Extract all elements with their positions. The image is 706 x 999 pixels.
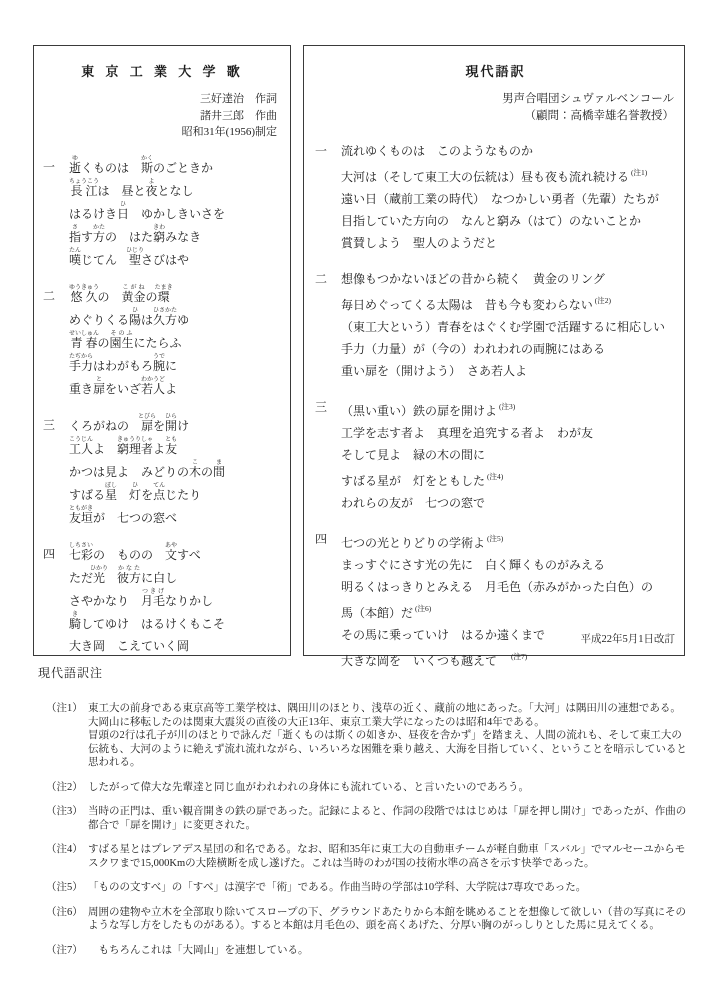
translation-line: （黒い重い）鉄の扉を開けよ(注3)	[341, 396, 676, 422]
note-label: （注3）	[46, 805, 88, 832]
song-line: 七彩しちさいの ものの 文あやすべ	[69, 543, 282, 566]
ruby-reading: かく	[141, 156, 153, 162]
translation-credits: 男声合唱団シュヴァルベンコール（顧問：高橋幸雄名誉教授）	[315, 91, 676, 125]
translation-line: 毎日めぐってくる太陽は 昔も今も変わらない(注2)	[341, 290, 676, 316]
ruby-word: 友とも	[165, 442, 177, 456]
note-label: （注4）	[46, 843, 88, 870]
ruby-word: 陽ひ	[129, 313, 141, 327]
notes-list: （注1）東工大の前身である東京高等工業学校は、隅田川のほとり、浅草の近く、蔵前の…	[38, 702, 688, 957]
song-line: めぐりくる陽ひは久方ひさかたゆ	[69, 308, 282, 331]
ruby-reading: ひら	[165, 414, 177, 420]
ruby-word: 嘆たん	[69, 253, 81, 267]
translation-verses: 一流れゆくものは このようなものか大河は（そして東工大の伝統は）昼も夜も流れ続け…	[315, 140, 676, 672]
ruby-reading: き	[69, 612, 81, 618]
song-verse: 四七彩しちさいの ものの 文あやすべただ光ひかり 彼方かなたに白しさやかなり 月…	[43, 543, 282, 657]
ruby-reading: わかうど	[141, 377, 165, 383]
credit-line: （顧問：高橋幸雄名誉教授）	[315, 108, 674, 125]
ruby-reading: ゆ	[69, 156, 81, 162]
note-item: （注2）したがって偉大な先輩達と同じ血がわれわれの身体にも流れている、と言いたい…	[46, 781, 688, 795]
note-ref: (注7)	[511, 652, 527, 661]
ruby-word: 腕うで	[153, 359, 165, 373]
note-label: （注1）	[46, 702, 88, 770]
ruby-word: 環たまき	[158, 290, 173, 304]
song-credits: 三好達治 作詞諸井三郎 作曲昭和31年(1956)制定	[43, 91, 282, 141]
ruby-word: 七彩しちさい	[69, 548, 93, 562]
song-verse-lines: 逝ゆくものは 斯かくのごときか長江ちょうこうは 昼と夜よとなしはるけき日ひ ゆか…	[69, 156, 282, 271]
translation-panel: 現代語訳 男声合唱団シュヴァルベンコール（顧問：高橋幸雄名誉教授） 一流れゆくも…	[303, 45, 685, 656]
translation-verse-lines: 想像もつかないほどの昔から続く 黄金のリング毎日めぐってくる太陽は 昔も今も変わ…	[341, 268, 676, 382]
translation-line: まっすぐにさす光の先に 白く輝くものがみえる	[341, 554, 676, 576]
song-line: かつは見よ みどりの木この間ま	[69, 460, 282, 483]
ruby-word: 日ひ	[117, 207, 129, 221]
translation-line: 目指していた方向の なんと窮み（はて）のないことか	[341, 210, 676, 232]
ruby-word: 星ぼし	[105, 488, 117, 502]
ruby-word: 方かた	[93, 230, 105, 244]
note-paragraph: 「ものの文すべ」の「すべ」は漢字で「術」である。作曲当時の学部は10学科、大学院…	[88, 881, 688, 895]
translation-line: われらの友が 七つの窓で	[341, 492, 676, 514]
translation-line: 流れゆくものは このようなものか	[341, 140, 676, 162]
note-text: 当時の正門は、重い観音開きの鉄の扉であった。記録によると、作詞の段階でははじめは…	[88, 805, 688, 832]
translation-line: 工学を志す者よ 真理を追究する者よ わが友	[341, 422, 676, 444]
note-paragraph: したがって偉大な先輩達と同じ血がわれわれの身体にも流れている、と言いたいのであろ…	[88, 781, 688, 795]
ruby-reading: てん	[153, 483, 165, 489]
credit-line: 三好達治 作詞	[43, 91, 277, 108]
song-line: 騎きしてゆけ はるけくもこそ	[69, 612, 282, 635]
translation-line: 重い扉を（開けよう） さあ若人よ	[341, 360, 676, 382]
notes-section: 現代語訳注 （注1）東工大の前身である東京高等工業学校は、隅田川のほとり、浅草の…	[38, 664, 688, 968]
note-item: （注7） もちろんこれは「大岡山」を連想している。	[46, 944, 688, 958]
note-text: すばる星とはプレアデス星団の和名である。なお、昭和35年に東工大の自動車チームが…	[88, 843, 688, 870]
verse-number: 二	[315, 268, 341, 382]
song-verse: 一逝ゆくものは 斯かくのごときか長江ちょうこうは 昼と夜よとなしはるけき日ひ ゆ…	[43, 156, 282, 271]
ruby-reading: よ	[146, 179, 158, 185]
note-text: 東工大の前身である東京高等工業学校は、隅田川のほとり、浅草の近く、蔵前の地にあっ…	[88, 702, 688, 770]
note-item: （注6）周囲の建物や立木を全部取り除いてスロープの下、グラウンドあたりから本館を…	[46, 906, 688, 933]
song-line: くろがねの 扉とびらを開ひらけ	[69, 414, 282, 437]
verse-number: 四	[315, 528, 341, 672]
translation-verse: 四七つの光とりどりの学術よ(注5)まっすぐにさす光の先に 白く輝くものがみえる明…	[315, 528, 676, 672]
ruby-word: 若人わかうど	[141, 382, 165, 396]
song-line: 指さす方かたの はた窮きわみなき	[69, 225, 282, 248]
ruby-word: 間ま	[213, 465, 225, 479]
ruby-reading: あや	[165, 543, 177, 549]
ruby-word: 扉と	[93, 382, 105, 396]
translation-line: 手力（力量）が（今の）われわれの両腕にはある	[341, 338, 676, 360]
song-verse: 二悠久ゆうきゅうの 黄金こがねの環たまきめぐりくる陽ひは久方ひさかたゆ青春せいし…	[43, 285, 282, 400]
note-item: （注3）当時の正門は、重い観音開きの鉄の扉であった。記録によると、作詞の段階では…	[46, 805, 688, 832]
ruby-reading: きゅうりしゃ	[117, 437, 153, 443]
ruby-reading: かた	[93, 225, 105, 231]
translation-verse-lines: 七つの光とりどりの学術よ(注5)まっすぐにさす光の先に 白く輝くものがみえる明る…	[341, 528, 676, 672]
note-paragraph: 周囲の建物や立木を全部取り除いてスロープの下、グラウンドあたりから本館を眺めるこ…	[88, 906, 688, 933]
ruby-reading: つきげ	[141, 589, 165, 595]
ruby-word: 窮理者きゅうりしゃ	[117, 442, 153, 456]
ruby-reading: ゆうきゅう	[69, 285, 99, 291]
ruby-reading: ともがき	[69, 506, 93, 512]
ruby-word: 文あや	[165, 548, 177, 562]
ruby-word: 園生そのふ	[110, 336, 134, 350]
song-line: ただ光ひかり 彼方かなたに白し	[69, 566, 282, 589]
song-line: 逝ゆくものは 斯かくのごときか	[69, 156, 282, 179]
ruby-word: 斯かく	[141, 161, 153, 175]
ruby-reading: こ	[189, 460, 201, 466]
ruby-word: 木こ	[189, 465, 201, 479]
song-title: 東 京 工 業 大 学 歌	[43, 61, 282, 80]
ruby-word: 逝ゆ	[69, 161, 81, 175]
verse-number: 三	[43, 414, 69, 529]
ruby-reading: こうじん	[69, 437, 93, 443]
ruby-reading: とびら	[138, 414, 156, 420]
note-item: （注1）東工大の前身である東京高等工業学校は、隅田川のほとり、浅草の近く、蔵前の…	[46, 702, 688, 770]
ruby-word: 友垣ともがき	[69, 511, 93, 525]
note-paragraph: すばる星とはプレアデス星団の和名である。なお、昭和35年に東工大の自動車チームが…	[88, 843, 688, 870]
ruby-word: 聖ひじり	[129, 253, 141, 267]
note-label: （注7）	[46, 944, 88, 958]
translation-line: （東工大という）青春をはぐくむ学園で活躍するに相応しい	[341, 316, 676, 338]
ruby-reading: たぢから	[69, 354, 93, 360]
credit-line: 諸井三郎 作曲	[43, 108, 277, 125]
ruby-reading: うで	[153, 354, 165, 360]
ruby-reading: たまき	[155, 285, 173, 291]
note-text: 周囲の建物や立木を全部取り除いてスロープの下、グラウンドあたりから本館を眺めるこ…	[88, 906, 688, 933]
notes-title: 現代語訳注	[38, 664, 688, 681]
ruby-reading: ひ	[129, 308, 141, 314]
ruby-reading: そのふ	[110, 331, 134, 337]
credit-line: 男声合唱団シュヴァルベンコール	[315, 91, 674, 108]
song-line: はるけき日ひ ゆかしきいさを	[69, 202, 282, 225]
song-line: 大き岡 こえていく岡	[69, 635, 282, 657]
ruby-reading: しちさい	[69, 543, 93, 549]
ruby-word: 悠久ゆうきゅう	[69, 290, 98, 304]
translation-line: 大河は（そして東工大の伝統は）昼も夜も流れ続ける(注1)	[341, 162, 676, 188]
ruby-reading: こがね	[122, 285, 146, 291]
song-verse-lines: くろがねの 扉とびらを開ひらけ工人こうじんよ 窮理者きゅうりしゃよ友ともかつは見…	[69, 414, 282, 529]
revision-date: 平成22年5月1日改訂	[581, 631, 676, 646]
note-paragraph: 東工大の前身である東京高等工業学校は、隅田川のほとり、浅草の近く、蔵前の地にあっ…	[88, 702, 688, 729]
note-text: したがって偉大な先輩達と同じ血がわれわれの身体にも流れている、と言いたいのであろ…	[88, 781, 688, 795]
ruby-word: 青春せいしゅん	[69, 336, 98, 350]
translation-verse: 三（黒い重い）鉄の扉を開けよ(注3)工学を志す者よ 真理を追究する者よ わが友そ…	[315, 396, 676, 514]
note-ref: (注5)	[487, 534, 503, 543]
ruby-reading: ひ	[129, 483, 141, 489]
note-paragraph: 当時の正門は、重い観音開きの鉄の扉であった。記録によると、作詞の段階でははじめは…	[88, 805, 688, 832]
note-item: （注5）「ものの文すべ」の「すべ」は漢字で「術」である。作曲当時の学部は10学科…	[46, 881, 688, 895]
ruby-reading: さ	[69, 225, 81, 231]
note-label: （注2）	[46, 781, 88, 795]
song-line: 友垣ともがきが 七つの窓べ	[69, 506, 282, 529]
verse-number: 一	[43, 156, 69, 271]
song-line: 悠久ゆうきゅうの 黄金こがねの環たまき	[69, 285, 282, 308]
note-ref: (注6)	[415, 604, 431, 613]
translation-verse-lines: （黒い重い）鉄の扉を開けよ(注3)工学を志す者よ 真理を追究する者よ わが友そし…	[341, 396, 676, 514]
ruby-word: 光ひかり	[93, 571, 105, 585]
ruby-word: 開ひら	[165, 419, 177, 433]
song-verse-lines: 悠久ゆうきゅうの 黄金こがねの環たまきめぐりくる陽ひは久方ひさかたゆ青春せいしゅ…	[69, 285, 282, 400]
translation-line: そして見よ 緑の木の間に	[341, 444, 676, 466]
translation-line: すばる星が 灯をともした(注4)	[341, 466, 676, 492]
song-verse: 三くろがねの 扉とびらを開ひらけ工人こうじんよ 窮理者きゅうりしゃよ友ともかつは…	[43, 414, 282, 529]
ruby-reading: ひさかた	[153, 308, 177, 314]
verse-number: 一	[315, 140, 341, 254]
ruby-word: 久方ひさかた	[153, 313, 177, 327]
note-label: （注5）	[46, 881, 88, 895]
song-line: 重き扉とをいざ若人わかうどよ	[69, 377, 282, 400]
note-text: 「ものの文すべ」の「すべ」は漢字で「術」である。作曲当時の学部は10学科、大学院…	[88, 881, 688, 895]
ruby-word: 工人こうじん	[69, 442, 93, 456]
ruby-word: 指さ	[69, 230, 81, 244]
note-ref: (注1)	[631, 168, 647, 177]
song-verses: 一逝ゆくものは 斯かくのごときか長江ちょうこうは 昼と夜よとなしはるけき日ひ ゆ…	[43, 156, 282, 657]
ruby-reading: と	[93, 377, 105, 383]
translation-line: 賞賛しよう 聖人のようだと	[341, 232, 676, 254]
note-text: もちろんこれは「大岡山」を連想している。	[88, 944, 688, 958]
ruby-reading: たん	[69, 248, 81, 254]
song-panel: 東 京 工 業 大 学 歌 三好達治 作詞諸井三郎 作曲昭和31年(1956)制…	[33, 45, 291, 656]
note-ref: (注2)	[595, 296, 611, 305]
song-line: 工人こうじんよ 窮理者きゅうりしゃよ友とも	[69, 437, 282, 460]
ruby-word: 点てん	[153, 488, 165, 502]
song-line: 青春せいしゅんの園生そのふにたらふ	[69, 331, 282, 354]
translation-verse: 一流れゆくものは このようなものか大河は（そして東工大の伝統は）昼も夜も流れ続け…	[315, 140, 676, 254]
ruby-word: 彼方かなた	[117, 571, 141, 585]
song-verse-lines: 七彩しちさいの ものの 文あやすべただ光ひかり 彼方かなたに白しさやかなり 月毛…	[69, 543, 282, 657]
note-label: （注6）	[46, 906, 88, 933]
note-paragraph: もちろんこれは「大岡山」を連想している。	[88, 944, 688, 958]
note-paragraph: 冒頭の2行は孔子が川のほとりで詠んだ「逝くものは斯くの如きか、昼夜を舎かず」を踏…	[88, 729, 688, 770]
ruby-reading: せいしゅん	[69, 331, 99, 337]
ruby-word: 月毛つきげ	[141, 594, 165, 608]
song-line: すばる星ぼし 灯ひを点てんじたり	[69, 483, 282, 506]
ruby-reading: かなた	[117, 566, 141, 572]
ruby-reading: ひ	[117, 202, 129, 208]
ruby-reading: ぼし	[105, 483, 117, 489]
song-line: 手力たぢからはわがもろ腕うでに	[69, 354, 282, 377]
ruby-word: 黄金こがね	[122, 290, 146, 304]
translation-line: 馬（本館）だ(注6)	[341, 598, 676, 624]
ruby-reading: ちょうこう	[69, 179, 99, 185]
verse-number: 二	[43, 285, 69, 400]
ruby-reading: ま	[213, 460, 225, 466]
ruby-word: 窮きわ	[153, 230, 165, 244]
ruby-reading: ひじり	[126, 248, 144, 254]
ruby-word: 騎き	[69, 617, 81, 631]
translation-line: 遠い日（蔵前工業の時代） なつかしい勇者（先輩）たちが	[341, 188, 676, 210]
note-item: （注4）すばる星とはプレアデス星団の和名である。なお、昭和35年に東工大の自動車…	[46, 843, 688, 870]
song-line: 長江ちょうこうは 昼と夜よとなし	[69, 179, 282, 202]
ruby-reading: ひかり	[90, 566, 108, 572]
note-ref: (注3)	[499, 402, 515, 411]
ruby-reading: きわ	[153, 225, 165, 231]
verse-number: 三	[315, 396, 341, 514]
verse-number: 四	[43, 543, 69, 657]
translation-verse-lines: 流れゆくものは このようなものか大河は（そして東工大の伝統は）昼も夜も流れ続ける…	[341, 140, 676, 254]
song-line: さやかなり 月毛つきげなりかし	[69, 589, 282, 612]
translation-line: 想像もつかないほどの昔から続く 黄金のリング	[341, 268, 676, 290]
ruby-word: 長江ちょうこう	[69, 184, 98, 198]
translation-title: 現代語訳	[315, 61, 676, 80]
ruby-reading: とも	[165, 437, 177, 443]
translation-line: 明るくはっきりとみえる 月毛色（赤みがかった白色）の	[341, 576, 676, 598]
translation-line: 七つの光とりどりの学術よ(注5)	[341, 528, 676, 554]
song-line: 嘆たんじてん 聖ひじりさびはや	[69, 248, 282, 271]
credit-line: 昭和31年(1956)制定	[43, 124, 277, 141]
translation-verse: 二想像もつかないほどの昔から続く 黄金のリング毎日めぐってくる太陽は 昔も今も変…	[315, 268, 676, 382]
note-ref: (注4)	[487, 472, 503, 481]
ruby-word: 手力たぢから	[69, 359, 93, 373]
ruby-word: 扉とびら	[141, 419, 153, 433]
ruby-word: 灯ひ	[129, 488, 141, 502]
ruby-word: 夜よ	[146, 184, 158, 198]
